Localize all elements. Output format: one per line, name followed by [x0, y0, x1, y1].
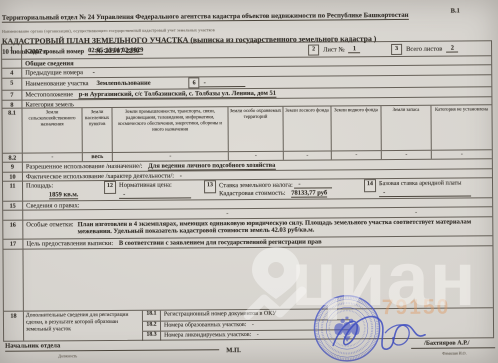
row-9-index: 9: [3, 163, 23, 172]
liquidated-plots-label: Номера ликвидируемых участков:: [164, 332, 251, 339]
row-18-1-index: 18.1: [142, 311, 161, 321]
row-3-index: 3: [391, 43, 402, 54]
row-1-index: 1: [2, 45, 22, 59]
signer-position: Начальник отдела: [5, 342, 60, 349]
liquidated-plots-value: -: [257, 332, 259, 338]
category-col-industry: Земли промышленности, транспорта, связи,…: [112, 107, 228, 152]
area-label: Площадь:: [26, 182, 101, 190]
land-tax-value: -: [294, 180, 332, 188]
plot-name-label: Наименование участка: [25, 80, 88, 87]
previous-numbers-label: Предыдущие номера: [25, 69, 83, 76]
row-2-index: 2: [308, 44, 319, 55]
plot-name-value: Землепользование: [96, 80, 150, 87]
row-10-index: 10: [3, 173, 23, 181]
row-12-index: 12: [104, 181, 116, 194]
cadastral-cost-label: Кадастровая стоимость:: [219, 190, 286, 197]
issuing-org-name: Территориальный отдел № 24 Управления Фе…: [2, 12, 409, 23]
rights-empty-mark: -: [226, 210, 228, 217]
position-caption: Должность: [58, 353, 77, 358]
sheet-label: Лист №: [323, 46, 345, 53]
sheet-number: Лист № 1: [319, 45, 391, 54]
row-18-index: 18: [4, 312, 24, 341]
row-4-index: 4: [2, 69, 22, 78]
cadastral-number-label: Кадастровый номер: [25, 48, 84, 55]
sheets-total: Всего листов 2: [402, 44, 488, 53]
area-value: 1859 кв.м.: [49, 191, 79, 199]
permitted-use-label: Разрешенное использование /назначение/:: [26, 163, 143, 171]
normative-price-label: Нормативная цена:: [119, 181, 201, 189]
rent-rate-label: Базовая ставка арендной платы: [379, 179, 489, 187]
category-col-not-set: Категория не установлена: [431, 105, 491, 149]
location-label: Местоположение: [25, 91, 73, 98]
special-notes-value: План изготовлен в 4 экземплярах, имеющих…: [74, 218, 490, 237]
area-cell: Площадь: 1859 кв.м.: [23, 181, 104, 201]
tax-cost-cell: Ставка земельного налога: - Кадастровая …: [216, 179, 364, 199]
row-8-2-index: 8.2: [3, 154, 23, 162]
empty-index: [3, 250, 23, 311]
previous-numbers-value: -: [93, 69, 95, 76]
category-value-1: весь: [83, 153, 113, 161]
row-5-index: 5: [2, 79, 22, 90]
category-col-forest: Земли лесного фонда: [283, 106, 331, 150]
row-land-category-headers: 8.1 Земли сельскохозяйственного назначен…: [2, 104, 491, 152]
name-caption: Фамилия И.О.: [442, 350, 466, 355]
special-notes-label: Особые отметки:: [26, 221, 73, 237]
empty-index: [2, 60, 22, 68]
formed-plots-value: -: [252, 322, 254, 328]
empty-index: [3, 211, 23, 220]
actual-use-value: -: [180, 172, 182, 179]
row-7-index: 7: [2, 91, 22, 100]
row-6-index: 6: [189, 77, 200, 88]
row-18-2-index: 18.2: [142, 322, 161, 331]
category-col-water: Земли водного фонда: [331, 106, 381, 150]
cadastral-number-value: 02:05:13 01 02:0029: [88, 47, 143, 55]
category-col-reserve: Земли запаса: [381, 106, 431, 150]
row-8-1-index: 8.1: [2, 109, 22, 153]
watermark-brand: циан: [291, 236, 477, 323]
rent-rate-value: -: [379, 188, 471, 197]
sheet-value: 1: [349, 45, 361, 53]
issuing-org-caption: Наименование органа (организации), осуще…: [2, 25, 493, 33]
rights-empty-mark: -: [415, 209, 417, 216]
category-col-agricultural: Земли сельскохозяйственного назначения: [22, 108, 82, 152]
cadastral-cost-value: 78133,77 руб: [291, 189, 327, 197]
extract-purpose-label: Цель предоставления выписки:: [26, 240, 113, 248]
form-code: В.1: [451, 8, 460, 15]
row-11-index: 11: [3, 182, 23, 201]
sheets-total-label: Всего листов: [406, 45, 442, 52]
normative-price-cell: Нормативная цена: -: [116, 180, 204, 200]
row-17-index: 17: [3, 240, 23, 249]
row-16-index: 16: [3, 221, 23, 239]
seal-place-label: М.П.: [226, 347, 241, 354]
row-18-3-index: 18.3: [142, 332, 161, 341]
row-15-index: 15: [3, 202, 23, 210]
category-col-protected: Земли особо охраняемых территорий: [228, 107, 283, 151]
row-6-value: -: [200, 79, 246, 87]
row-13-index: 13: [204, 180, 216, 193]
formed-plots-label: Номера образованных участков:: [164, 322, 246, 329]
sheets-total-value: 2: [446, 45, 458, 53]
normative-price-value: -: [119, 190, 191, 199]
rent-rate-cell: Базовая ставка арендной платы -: [376, 178, 492, 198]
additional-info-label: Дополнительные сведения для регистрации …: [24, 311, 142, 341]
row-14-index: 14: [364, 179, 376, 192]
land-tax-label: Ставка земельного налога:: [219, 182, 293, 190]
position-signature-line: [5, 349, 219, 351]
scanned-cadastral-document: Территориальный отдел № 24 Управления Фе…: [0, 0, 498, 363]
category-col-settlements: Земли населенных пунктов: [82, 108, 112, 152]
